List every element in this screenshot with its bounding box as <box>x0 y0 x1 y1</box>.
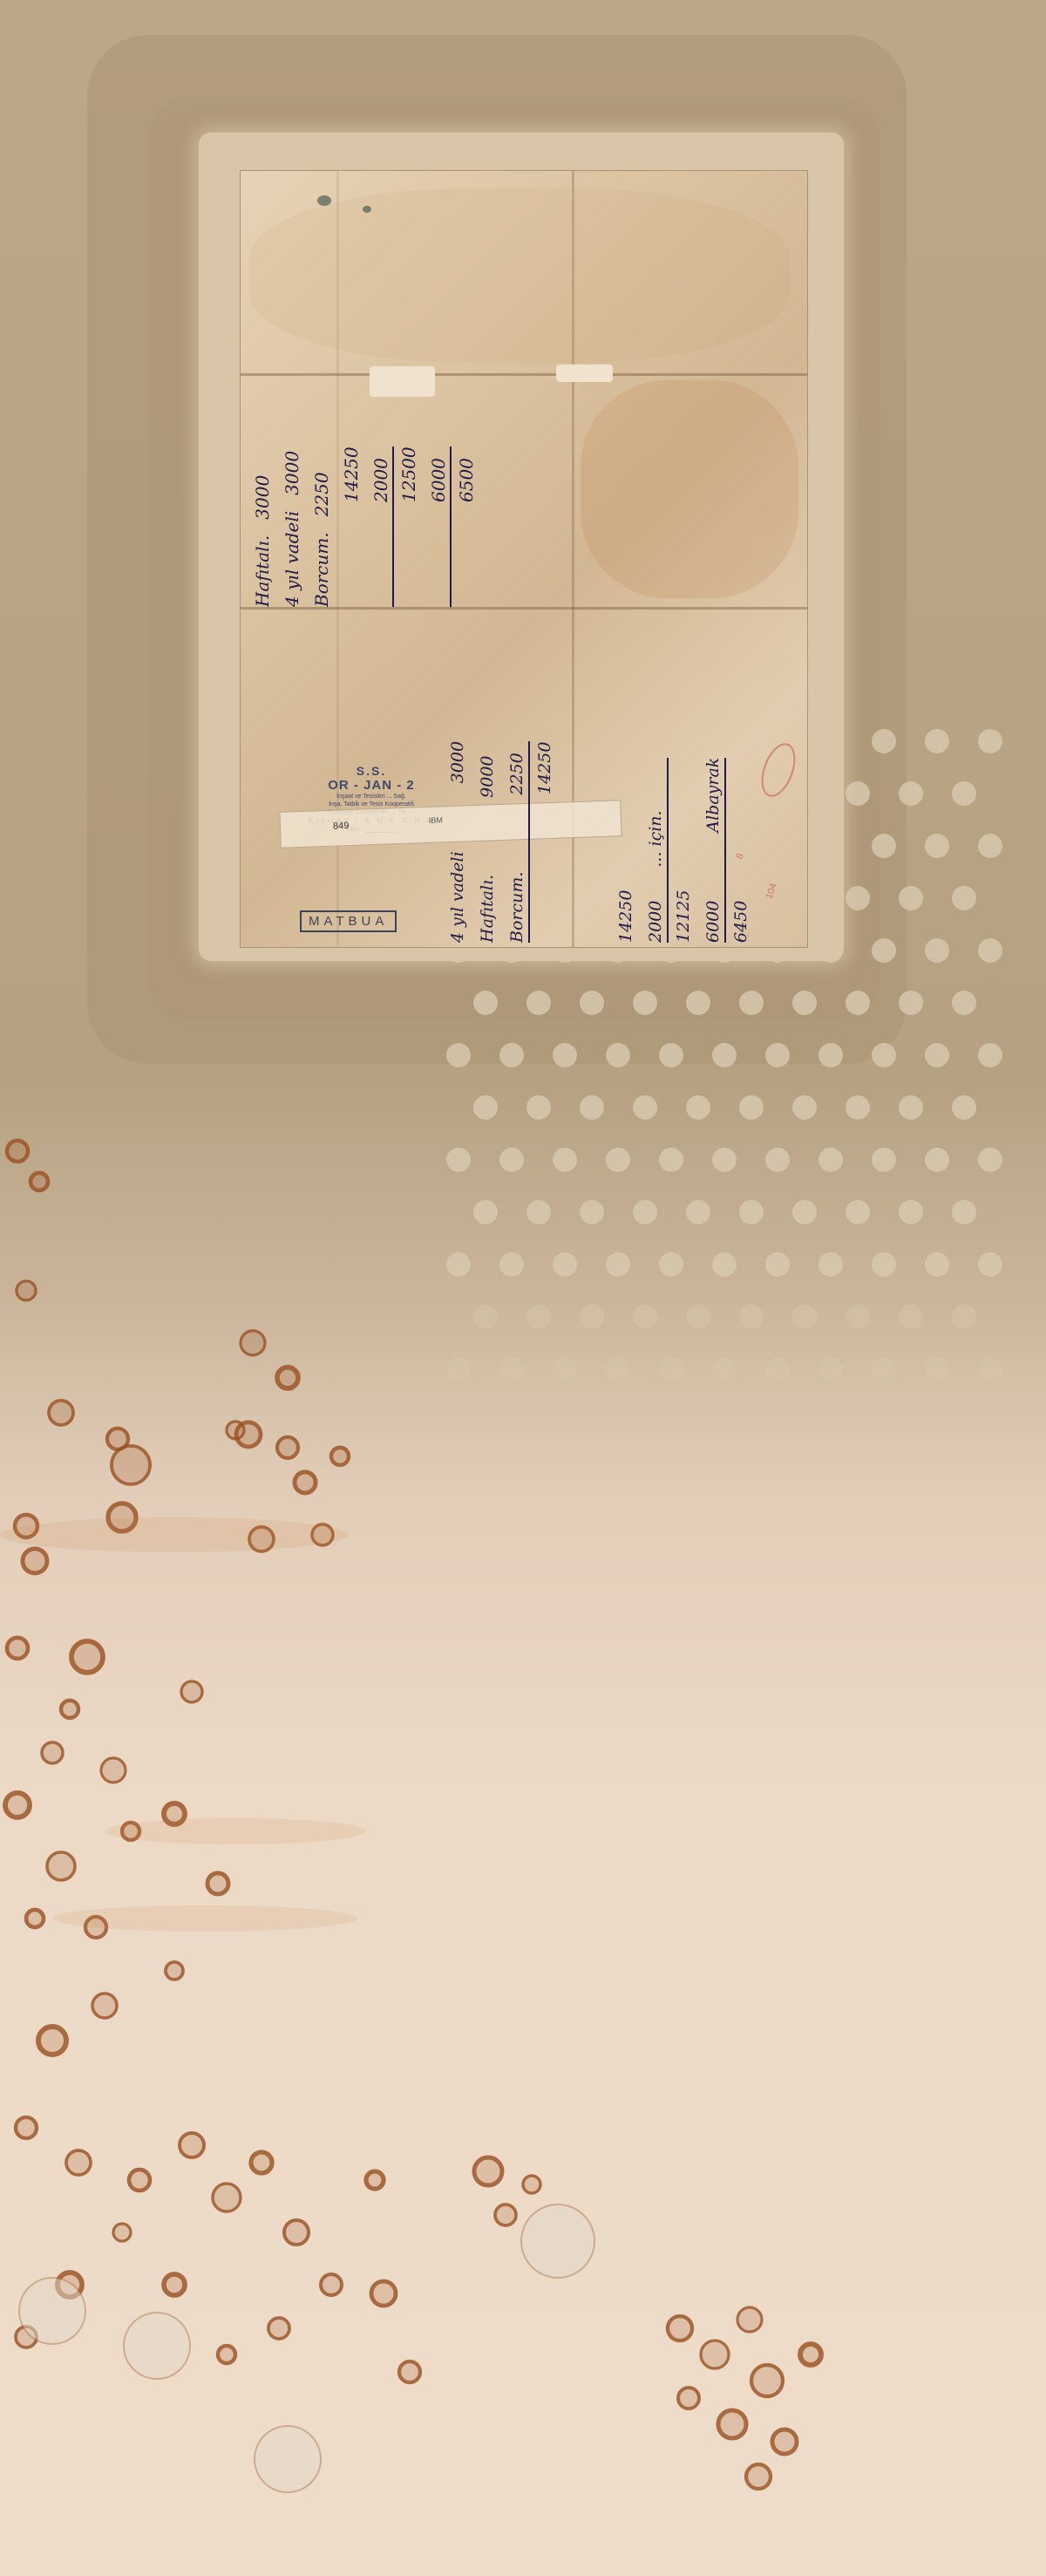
pale-dot <box>925 834 949 858</box>
rust-spot <box>474 2157 502 2185</box>
rust-spot <box>277 1437 298 1458</box>
pale-dot <box>952 886 976 910</box>
hand-label: Borcum. <box>502 872 532 943</box>
rust-stains <box>0 1046 1046 2576</box>
rust-spot <box>751 2365 783 2396</box>
hand-label: Borcum. <box>307 532 336 607</box>
rust-spot <box>772 2429 797 2454</box>
rust-spot <box>366 2171 384 2189</box>
hand-note: ... için. <box>641 810 670 884</box>
rust-spot <box>678 2388 699 2409</box>
paper-stain <box>249 188 790 363</box>
hand-label: 4 yıl vadeli <box>443 851 472 943</box>
hand-label: Hafıtalı. <box>248 535 277 607</box>
rust-spot <box>5 1793 30 1817</box>
rust-spot <box>49 1400 73 1425</box>
rust-spot <box>241 1331 265 1355</box>
hand-value: 3000 <box>248 475 277 520</box>
hand-subtotal: 12500 <box>394 446 424 502</box>
hand-value: 9000 <box>472 755 502 858</box>
paper-stain <box>581 380 798 598</box>
pale-ring <box>521 2205 594 2278</box>
pale-dot <box>925 938 949 963</box>
hand-value: 2250 <box>502 753 532 855</box>
red-stamp-oval <box>755 739 802 801</box>
fold-line <box>241 607 807 610</box>
rust-spot <box>218 2346 235 2363</box>
rust-spot <box>668 2316 692 2341</box>
pale-ring <box>255 2426 321 2492</box>
rust-spot <box>251 2152 272 2173</box>
rust-spot <box>166 1962 183 1980</box>
red-mark: 104 <box>764 882 779 900</box>
rust-spot <box>129 2170 150 2191</box>
pale-ring <box>124 2313 190 2379</box>
hand-sum: 14250 <box>530 742 560 794</box>
handwriting-lower-left: 4 yıl vadeli3000 Hafıtalı.9000 Borcum.22… <box>443 741 560 943</box>
rust-spot <box>7 1141 28 1162</box>
rust-spot <box>268 2318 289 2339</box>
matbua-stamp: MATBUA <box>300 910 397 932</box>
rust-spot <box>16 2117 37 2138</box>
pale-ring <box>19 2278 85 2344</box>
rust-spot <box>213 2184 241 2211</box>
rust-spot <box>181 1681 202 1702</box>
hand-value: 2000 <box>641 901 670 943</box>
rust-spot <box>284 2220 309 2245</box>
hand-minus: 2000 <box>366 458 396 502</box>
rust-spot <box>31 1173 48 1190</box>
hand-label: Hafıtalı. <box>472 875 502 943</box>
rust-spot <box>112 1446 150 1484</box>
pale-dot <box>978 834 1002 858</box>
rust-spot <box>26 1910 44 1927</box>
pale-dot <box>952 991 976 1015</box>
hand-value: 6000 <box>698 901 728 943</box>
hand-value: 3000 <box>443 741 472 835</box>
rust-spot <box>66 2150 91 2175</box>
hand-value: 2250 <box>307 472 336 516</box>
hand-label: 4 yıl vadeli <box>277 511 307 607</box>
hand-value: 12125 <box>669 890 698 943</box>
hand-value: 3000 <box>277 451 307 495</box>
pale-dot <box>925 729 949 753</box>
rust-spot <box>227 1421 244 1439</box>
hand-total: 6500 <box>452 458 481 502</box>
paper-tear <box>370 366 435 397</box>
rust-spot <box>746 2464 771 2489</box>
rust-spot <box>701 2341 729 2368</box>
rust-spot <box>71 1641 103 1673</box>
rust-spot <box>113 2224 131 2241</box>
pale-dot <box>978 729 1002 753</box>
hand-value: 14250 <box>611 890 641 943</box>
rust-spot <box>207 1873 228 1894</box>
paper-tear <box>556 365 613 382</box>
pale-dot <box>978 938 1002 963</box>
pale-dot <box>952 781 976 806</box>
rust-spot <box>737 2307 762 2332</box>
rust-spot <box>321 2274 342 2295</box>
rust-spot <box>164 2274 185 2295</box>
rust-spot <box>101 1758 126 1782</box>
rust-streak <box>0 1517 349 1552</box>
hand-sum: 14250 <box>336 446 366 502</box>
rust-spot <box>61 1700 78 1718</box>
rust-spot <box>23 1549 47 1573</box>
rust-spot <box>7 1638 28 1659</box>
rust-spot <box>42 1742 63 1763</box>
rust-spot <box>371 2281 396 2306</box>
label-code: IBM <box>429 815 443 825</box>
rust-spot <box>38 2027 66 2055</box>
rust-spot <box>47 1852 75 1880</box>
rust-spot <box>180 2133 204 2157</box>
rust-spot <box>295 1472 316 1493</box>
rust-spot <box>277 1367 298 1388</box>
handwriting-lower-right: 14250 2000... için. 12125 6000Albayrak 6… <box>611 758 756 943</box>
ink-blot <box>363 206 371 213</box>
rust-spot <box>495 2205 516 2225</box>
label-number: 849 <box>333 821 350 832</box>
vintage-document: S.S. OR - JAN - 2 İnşaat ve Tesisleri ..… <box>240 170 808 948</box>
rust-spot <box>17 1281 36 1300</box>
rust-streak <box>52 1905 357 1932</box>
hand-plus: 6000 <box>424 458 453 502</box>
rust-streak <box>105 1818 366 1844</box>
fold-line <box>241 373 807 376</box>
rust-spot <box>800 2344 821 2365</box>
rust-spot <box>92 1993 117 2018</box>
rust-spot <box>399 2361 420 2382</box>
rust-spot <box>718 2410 746 2438</box>
rust-spot <box>331 1448 349 1465</box>
ink-blot <box>317 195 331 206</box>
rust-spot <box>523 2176 540 2193</box>
handwriting-upper: Hafıtalı.3000 4 yıl vadeli3000 Borcum.22… <box>248 446 481 607</box>
signature: Albayrak <box>698 758 728 885</box>
